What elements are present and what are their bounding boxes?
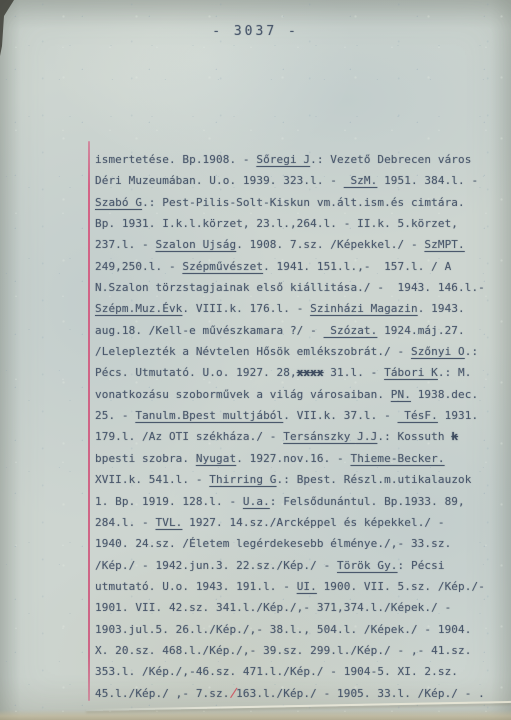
text-line: XVII.k. 541.l. - Thirring G.: Bpest. Rés… <box>95 469 507 490</box>
text-segment: vonatkozásu szoborművek a világ városaib… <box>95 388 391 401</box>
text-segment: .: M. <box>438 366 472 379</box>
text-line: 353.l. /Kép./,-46.sz. 471.l./Kép./ - 190… <box>95 661 507 682</box>
text-segment: Szépm.Muz.Évk <box>95 302 182 315</box>
paper-bottom-edge <box>0 710 511 720</box>
text-segment: /Leleplezték a Névtelen Hősök emlékszobr… <box>95 345 411 358</box>
text-segment: Thieme-Becker. <box>350 452 444 465</box>
text-segment: 1900. VII. 5.sz. /Kép./- <box>317 580 485 593</box>
text-segment: . 1943. <box>418 302 465 315</box>
text-line: N.Szalon törzstagjainak első kiállitása.… <box>95 277 507 298</box>
scanned-document-page: - 3037 - ismertetése. Bp.1908. - Sőregi … <box>0 0 511 720</box>
text-line: 25. - Tanulm.Bpest multjából. VII.k. 37.… <box>95 405 507 426</box>
text-segment: 237.l. - <box>95 238 156 251</box>
text-line: Déri Muzeumában. U.o. 1939. 323.l. - SzM… <box>95 170 507 191</box>
text-segment: .: Vezető Debrecen város <box>310 153 471 166</box>
text-segment: Pécs. Utmutató. U.o. 1927. 28, <box>95 366 297 379</box>
text-line: 1940. 24.sz. /Életem legérdekesebb élmén… <box>95 533 507 554</box>
text-segment: aug.18. /Kell-e művészkamara ?/ - <box>95 324 324 337</box>
text-segment: 1927. 14.sz./Arcképpel és képekkel./ - <box>182 516 444 529</box>
text-segment: . 1941. 151.l.,- 157.l. / A <box>263 260 451 273</box>
text-segment: PN. <box>391 388 411 401</box>
text-segment: Tersánszky J.J <box>283 430 377 443</box>
text-line: utmutató. U.o. 1943. 191.l. - UI. 1900. … <box>95 576 507 597</box>
text-segment: Szózat. <box>324 324 378 337</box>
text-segment: Bp. 1931. I.k.l.körzet, 23.l.,264.l. - I… <box>95 217 458 230</box>
text-segment: 1951. 384.l. - <box>377 174 478 187</box>
text-segment: 45.l./Kép./ ,- 7.sz. 163.l./Kép./ - 1905… <box>95 687 485 700</box>
text-segment: .: <box>465 345 478 358</box>
text-line: /Kép./ - 1942.jun.3. 22.sz./Kép./ - Törö… <box>95 555 507 576</box>
text-line: 284.l. - TVL. 1927. 14.sz./Arcképpel és … <box>95 512 507 533</box>
text-segment: : Pécsi <box>398 559 445 572</box>
text-line: Pécs. Utmutató. U.o. 1927. 28,xxxx 31.l.… <box>95 362 507 383</box>
text-line: aug.18. /Kell-e művészkamara ?/ - Szózat… <box>95 320 507 341</box>
text-segment: bpesti szobra. <box>95 452 196 465</box>
text-segment: UI. <box>297 580 317 593</box>
text-segment: Szőnyi O <box>411 345 465 358</box>
text-segment: : Felsődunántul. Bp.1933. 89, <box>270 495 465 508</box>
text-line: 45.l./Kép./ ,- 7.sz. 163.l./Kép./ - 1905… <box>95 683 507 704</box>
text-line: bpesti szobra. Nyugat. 1927.nov.16. - Th… <box>95 448 507 469</box>
text-segment: Tanulm.Bpest multjából <box>135 409 283 422</box>
text-segment: XVII.k. 541.l. - <box>95 473 209 486</box>
text-line: vonatkozásu szoborművek a világ városaib… <box>95 384 507 405</box>
text-line: Szabó G.: Pest-Pilis-Solt-Kiskun vm.ált.… <box>95 192 507 213</box>
text-segment: 1. Bp. 1919. 128.l. - <box>95 495 243 508</box>
text-segment: 1938.dec. <box>411 388 478 401</box>
text-segment: TVL. <box>156 516 183 529</box>
text-segment: 1903.jul.5. 26.l./Kép./,- 38.l., 504.l. … <box>95 623 471 636</box>
text-segment: TésF. <box>398 409 438 422</box>
text-segment: 25. - <box>95 409 135 422</box>
text-line: 1901. VII. 42.sz. 341.l./Kép./,- 371,374… <box>95 597 507 618</box>
text-segment: Déri Muzeumában. U.o. 1939. 323.l. - <box>95 174 344 187</box>
text-segment: 1924.máj.27. <box>377 324 464 337</box>
text-segment: Sőregi J <box>256 153 310 166</box>
text-line: X. 20.sz. 468.l./Kép./,- 39.sz. 299.l./K… <box>95 640 507 661</box>
text-segment: k <box>451 430 458 443</box>
text-segment: Nyugat <box>196 452 236 465</box>
text-segment: N.Szalon törzstagjainak első kiállitása.… <box>95 281 485 294</box>
text-segment: ismertetése. Bp.1908. - <box>95 153 256 166</box>
text-segment: utmutató. U.o. 1943. 191.l. - <box>95 580 297 593</box>
text-line: 1903.jul.5. 26.l./Kép./,- 38.l., 504.l. … <box>95 619 507 640</box>
text-line: /Leleplezték a Névtelen Hősök emlékszobr… <box>95 341 507 362</box>
text-segment: .: Bpest. Részl.m.utikalauzok <box>277 473 472 486</box>
text-segment: Szinházi Magazin <box>310 302 418 315</box>
text-segment: SzM. <box>344 174 378 187</box>
text-segment: 249,250.l. - <box>95 260 182 273</box>
text-segment: . 1927.nov.16. - <box>236 452 350 465</box>
text-segment: Szabó G <box>95 196 142 209</box>
text-segment: 353.l. /Kép./,-46.sz. 471.l./Kép./ - 190… <box>95 665 458 678</box>
text-segment: SzMPT. <box>424 238 464 251</box>
text-segment: Szépművészet <box>182 260 263 273</box>
text-segment: Török Gy. <box>337 559 398 572</box>
text-segment: 1940. 24.sz. /Életem legérdekesebb élmén… <box>95 537 451 550</box>
text-segment: /Kép./ - 1942.jun.3. 22.sz./Kép./ - <box>95 559 337 572</box>
text-segment: xxxx <box>297 366 324 379</box>
text-segment: . VIII.k. 176.l. - <box>182 302 310 315</box>
text-segment: . VII.k. 37.l. - <box>283 409 397 422</box>
text-segment: 284.l. - <box>95 516 156 529</box>
text-segment: .: Pest-Pilis-Solt-Kiskun vm.ált.ism.és … <box>142 196 465 209</box>
text-segment: . 1908. 7.sz. /Képekkel./ - <box>236 238 424 251</box>
typewritten-text-block: ismertetése. Bp.1908. - Sőregi J.: Vezet… <box>95 149 507 704</box>
text-line: 179.l. /Az OTI székháza./ - Tersánszky J… <box>95 426 507 447</box>
text-segment: 179.l. /Az OTI székháza./ - <box>95 430 283 443</box>
text-line: 249,250.l. - Szépművészet. 1941. 151.l.,… <box>95 256 507 277</box>
text-line: 237.l. - Szalon Ujság. 1908. 7.sz. /Képe… <box>95 234 507 255</box>
text-segment: Tábori K <box>384 366 438 379</box>
page-number: - 3037 - <box>0 24 511 39</box>
text-segment: X. 20.sz. 468.l./Kép./,- 39.sz. 299.l./K… <box>95 644 471 657</box>
text-line: 1. Bp. 1919. 128.l. - U.a.: Felsődunántu… <box>95 491 507 512</box>
text-segment: Thirring G <box>209 473 276 486</box>
text-segment: 1931. <box>438 409 478 422</box>
text-line: Szépm.Muz.Évk. VIII.k. 176.l. - Szinházi… <box>95 298 507 319</box>
text-line: ismertetése. Bp.1908. - Sőregi J.: Vezet… <box>95 149 507 170</box>
text-line: Bp. 1931. I.k.l.körzet, 23.l.,264.l. - I… <box>95 213 507 234</box>
text-segment: U.a. <box>243 495 270 508</box>
text-segment: 1901. VII. 42.sz. 341.l./Kép./,- 371,374… <box>95 601 451 614</box>
text-segment: .: Kossuth <box>377 430 451 443</box>
text-segment: 31.l. - <box>324 366 385 379</box>
text-segment: Szalon Ujság <box>156 238 237 251</box>
margin-rule-line <box>88 141 90 701</box>
